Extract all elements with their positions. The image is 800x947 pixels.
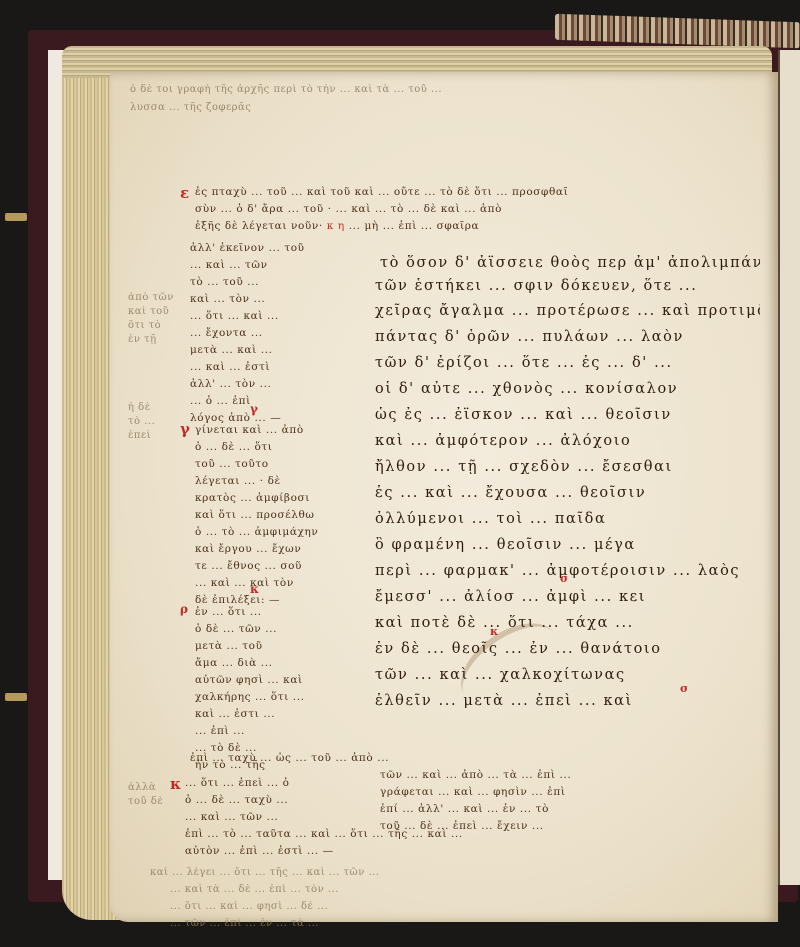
scholia-line: καὶ ὅτι ... προσέλθω (195, 509, 390, 521)
scholia-line: ... ἔχοντα ... (190, 327, 390, 339)
clasp-bottom (5, 693, 27, 701)
scholia-line: χαλκήρης ... ὅτι ... (195, 691, 390, 703)
main-text-line: ὡς ἐς ... ἐΐσκον ... καὶ ... θεοῖσιν (375, 407, 760, 423)
scholia-line: ἀλλ' ἐκεῖνον ... τοῦ (190, 242, 390, 254)
rubric-numeral: κ (250, 582, 259, 596)
clasp-top (5, 213, 27, 221)
scholia-line: ἀλλ' ... τὸν ... (190, 378, 390, 390)
main-text-line: ἔμεσσ' ... ἀλίοσ ... ἀμφὶ ... κει (375, 589, 760, 605)
scholia-line: λόγος ἀπὸ ... — (190, 412, 390, 424)
manuscript-page: ὁ δὲ τοι γραφὴ τῆς ἀρχῆς περὶ τὸ τὴν ...… (110, 72, 778, 922)
scholia-line: δὲ ἐπιλέξει: — (195, 594, 390, 606)
scholia-line: ... ὁ ... ἐπὶ (190, 395, 390, 407)
scholia-line: τὸ ... τοῦ ... (190, 276, 390, 288)
main-text-line: ὃ φραμένη ... θεοῖσιν ... μέγα (375, 537, 760, 553)
scholia-line: ... ὅτι ... καὶ ... (190, 310, 390, 322)
scholia-line: ἐν ... ὅτι ... (195, 606, 390, 618)
main-text-line: ἐν δὲ ... θεοῖς ... ἐν ... θανάτοιο (375, 641, 760, 657)
main-text-line: ὀλλύμενοι ... τοὶ ... παῖδα (375, 511, 760, 527)
rubric-numeral: γ (250, 402, 258, 416)
scholia-line: μετὰ ... καὶ ... (190, 344, 390, 356)
scholia-line: γίνεται καὶ ... ἀπὸ (195, 424, 390, 436)
scholia-line: ἐπὶ ... ταχὺ ... ὡς ... τοῦ ... ἀπὸ ... (190, 752, 760, 764)
rubric-mark: σ (560, 572, 568, 585)
main-text-line: τὸ ὅσον δ' ἀΐσσειε θοὸς περ ἀμ' ἀπολιμπά… (380, 255, 760, 271)
scholia-line: ... καὶ ... ἐστὶ (190, 361, 390, 373)
scholia-line: ἐπί ... ἀλλ' ... καὶ ... ἐν ... τὸ (380, 803, 760, 815)
main-text-line: καὶ ... ἀμφότερον ... ἀλόχοιο (375, 433, 760, 449)
top-scholia-line: ὁ δὲ τοι γραφὴ τῆς ἀρχῆς περὶ τὸ τὴν ...… (130, 84, 750, 95)
main-text-line: καὶ ποτὲ δὲ ... ὅτι ... τάχα ... (375, 615, 760, 631)
main-text-line: πάντας δ' ὁρῶν ... πυλάων ... λαὸν (375, 329, 760, 345)
main-text-line: τῶν ... καὶ ... χαλκοχίτωνας (375, 667, 760, 683)
scholia-line: ὁ ... δὲ ... ὅτι (195, 441, 390, 453)
scholia-line: γράφεται ... καὶ ... φησὶν ... ἐπὶ (380, 786, 760, 798)
main-text-line: τῶν δ' ἐρίζοι ... ὅτε ... ἐς ... δ' ... (375, 355, 760, 371)
next-page-edge (778, 50, 800, 885)
faint-scholia-line: ... ὅτι ... καὶ ... φησὶ ... δὲ ... (170, 901, 760, 912)
scholia-line: ὁ δὲ ... τῶν ... (195, 623, 390, 635)
main-text-line: χεῖρας ἄγαλμα ... προτέρωσε ... καὶ προτ… (375, 303, 760, 319)
scholia-line: τῶν ... καὶ ... ἀπὸ ... τὰ ... ἐπὶ ... (380, 769, 760, 781)
faint-scholia-line: ... καὶ τὰ ... δὲ ... ἐπὶ ... τὸν ... (170, 884, 760, 895)
rubric-initial: ρ (180, 602, 188, 616)
top-scholia-line: λυσσα ... τῆς ζοφερᾶς (130, 102, 430, 113)
faint-scholia-line: καὶ ... λέγει ... ὅτι ... τῆς ... καὶ ..… (150, 867, 760, 878)
faint-scholia-line: ... τῶν ... ἐπὶ ... ἐν ... τὰ ... (170, 918, 670, 929)
main-text-line: οἱ δ' αὖτε ... χθονὸς ... κονίσαλον (375, 381, 760, 397)
scholia-line: ... καὶ ... καὶ τὸν (195, 577, 390, 589)
scholia-line: ὁ ... τὸ ... ἀμφιμάχην (195, 526, 390, 538)
scholia-line: λέγεται ... · δὲ (195, 475, 390, 487)
main-text-line: τῶν ἑστήκει ... σφιν δόκευεν, ὅτε ... (375, 278, 760, 294)
main-text-line: ἤλθον ... τῇ ... σχεδὸν ... ἔσεσθαι (375, 459, 760, 475)
scholia-line: ... ἐπὶ ... (195, 725, 390, 737)
scholia-line: καὶ ... τὸν ... (190, 293, 390, 305)
scholia-line: ἄμα ... διὰ ... (195, 657, 390, 669)
scholia-line: μετὰ ... τοῦ (195, 640, 390, 652)
rubric-mark: κ (490, 625, 498, 638)
scholia-line: καὶ ... ἐστι ... (195, 708, 390, 720)
scholia-line: αὐτῶν φησὶ ... καὶ (195, 674, 390, 686)
scholia-line: καὶ ἔργου ... ἔχων (195, 543, 390, 555)
scholia-line: κρατὸς ... ἀμφίβοσι (195, 492, 390, 504)
scholia-line: ... καὶ ... τῶν (190, 259, 390, 271)
scholia-line: τοῦ ... τοῦτο (195, 458, 390, 470)
rubric-initial: ε (180, 184, 189, 202)
main-text-line: ἐς ... καὶ ... ἔχουσα ... θεοῖσιν (375, 485, 760, 501)
main-text-line: ἐλθεῖν ... μετὰ ... ἐπεὶ ... καὶ (375, 693, 760, 709)
rubric-mark: σ (680, 682, 688, 695)
scholia-line: τε ... ἔθνος ... σοῦ (195, 560, 390, 572)
